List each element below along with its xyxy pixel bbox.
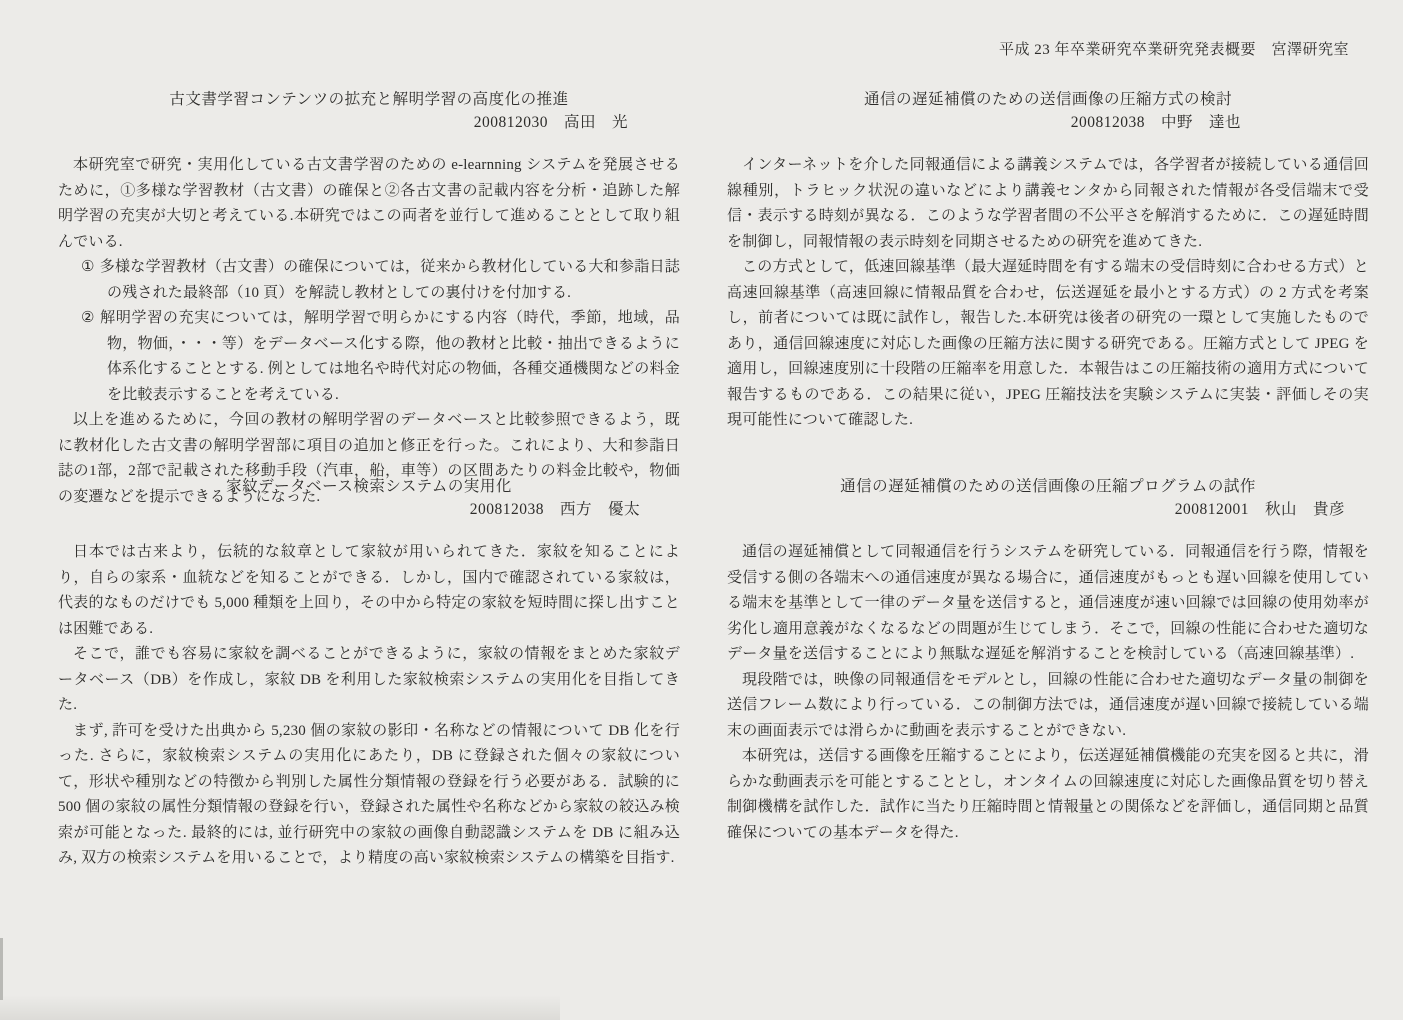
scan-smudge-artifact <box>0 995 560 1020</box>
abstract-1-author-line: 200812030高田 光 <box>58 112 680 134</box>
abstract-3-title: 家紋データベース検索システムの実用化 <box>58 477 680 497</box>
abstract-2-body: インターネットを介した同報通信による講義システムでは，各学習者が接続している通信… <box>727 153 1369 434</box>
abstract-3-student-id: 200812038 <box>470 501 544 518</box>
abstract-1-student-id: 200812030 <box>474 114 548 131</box>
numbered-item: ②解明学習の充実については，解明学習で明らかにする内容（時代，季節，地域，品物，… <box>58 306 680 408</box>
paragraph: 本研究は，送信する画像を圧縮することにより，伝送遅延補償機能の充実を図ると共に，… <box>727 744 1369 846</box>
item-text: 解明学習の充実については，解明学習で明らかにする内容（時代，季節，地域，品物，物… <box>100 310 680 403</box>
abstract-3-body: 日本では古来より，伝統的な紋章として家紋が用いられてきた．家紋を知ることにより，… <box>58 540 680 872</box>
abstract-1-author-name: 高田 光 <box>564 114 628 131</box>
abstract-1: 古文書学習コンテンツの拡充と解明学習の高度化の推進 200812030高田 光 … <box>58 90 680 510</box>
abstract-2-author-name: 中野 達也 <box>1161 114 1241 131</box>
scanned-abstract-page: 平成 23 年卒業研究卒業研究発表概要 宮澤研究室 古文書学習コンテンツの拡充と… <box>0 0 1403 1020</box>
page-header: 平成 23 年卒業研究卒業研究発表概要 宮澤研究室 <box>999 38 1349 59</box>
paragraph: そこで，誰でも容易に家紋を調べることができるように，家紋の情報をまとめた家紋デー… <box>58 642 680 719</box>
abstract-4: 通信の遅延補償のための送信画像の圧縮プログラムの試作 200812001秋山 貴… <box>727 477 1369 846</box>
numbered-item: ①多様な学習教材（古文書）の確保については，従来から教材化している大和参詣日誌の… <box>58 255 680 306</box>
paragraph: 通信の遅延補償として同報通信を行うシステムを研究している．同報通信を行う際，情報… <box>727 540 1369 668</box>
paragraph: 日本では古来より，伝統的な紋章として家紋が用いられてきた．家紋を知ることにより，… <box>58 540 680 642</box>
paragraph: インターネットを介した同報通信による講義システムでは，各学習者が接続している通信… <box>727 153 1369 255</box>
abstract-1-title: 古文書学習コンテンツの拡充と解明学習の高度化の推進 <box>58 90 680 110</box>
paragraph: まず, 許可を受けた出典から 5,230 個の家紋の影印・名称などの情報について… <box>58 719 680 872</box>
abstract-2-author-line: 200812038中野 達也 <box>727 112 1369 134</box>
paragraph: この方式として，低速回線基準（最大遅延時間を有する端末の受信時刻に合わせる方式）… <box>727 255 1369 434</box>
abstract-4-body: 通信の遅延補償として同報通信を行うシステムを研究している．同報通信を行う際，情報… <box>727 540 1369 846</box>
abstract-2-title: 通信の遅延補償のための送信画像の圧縮方式の検討 <box>727 90 1369 110</box>
abstract-3-author-name: 西方 優太 <box>560 501 640 518</box>
item-marker: ① <box>81 259 95 275</box>
abstract-2-student-id: 200812038 <box>1071 114 1145 131</box>
abstract-3-author-line: 200812038西方 優太 <box>58 499 680 521</box>
abstract-2: 通信の遅延補償のための送信画像の圧縮方式の検討 200812038中野 達也 イ… <box>727 90 1369 434</box>
abstract-4-title: 通信の遅延補償のための送信画像の圧縮プログラムの試作 <box>727 477 1369 497</box>
paragraph: 本研究室で研究・実用化している古文書学習のための e-learnning システ… <box>58 153 680 255</box>
abstract-4-student-id: 200812001 <box>1175 501 1249 518</box>
item-text: 多様な学習教材（古文書）の確保については，従来から教材化している大和参詣日誌の残… <box>100 259 680 301</box>
abstract-3: 家紋データベース検索システムの実用化 200812038西方 優太 日本では古来… <box>58 477 680 872</box>
abstract-4-author-name: 秋山 貴彦 <box>1265 501 1345 518</box>
abstract-1-body: 本研究室で研究・実用化している古文書学習のための e-learnning システ… <box>58 153 680 510</box>
scan-edge-artifact <box>0 938 3 1000</box>
paragraph: 現段階では，映像の同報通信をモデルとし，回線の性能に合わせた適切なデータ量の制御… <box>727 668 1369 745</box>
item-marker: ② <box>81 310 95 326</box>
abstract-4-author-line: 200812001秋山 貴彦 <box>727 499 1369 521</box>
